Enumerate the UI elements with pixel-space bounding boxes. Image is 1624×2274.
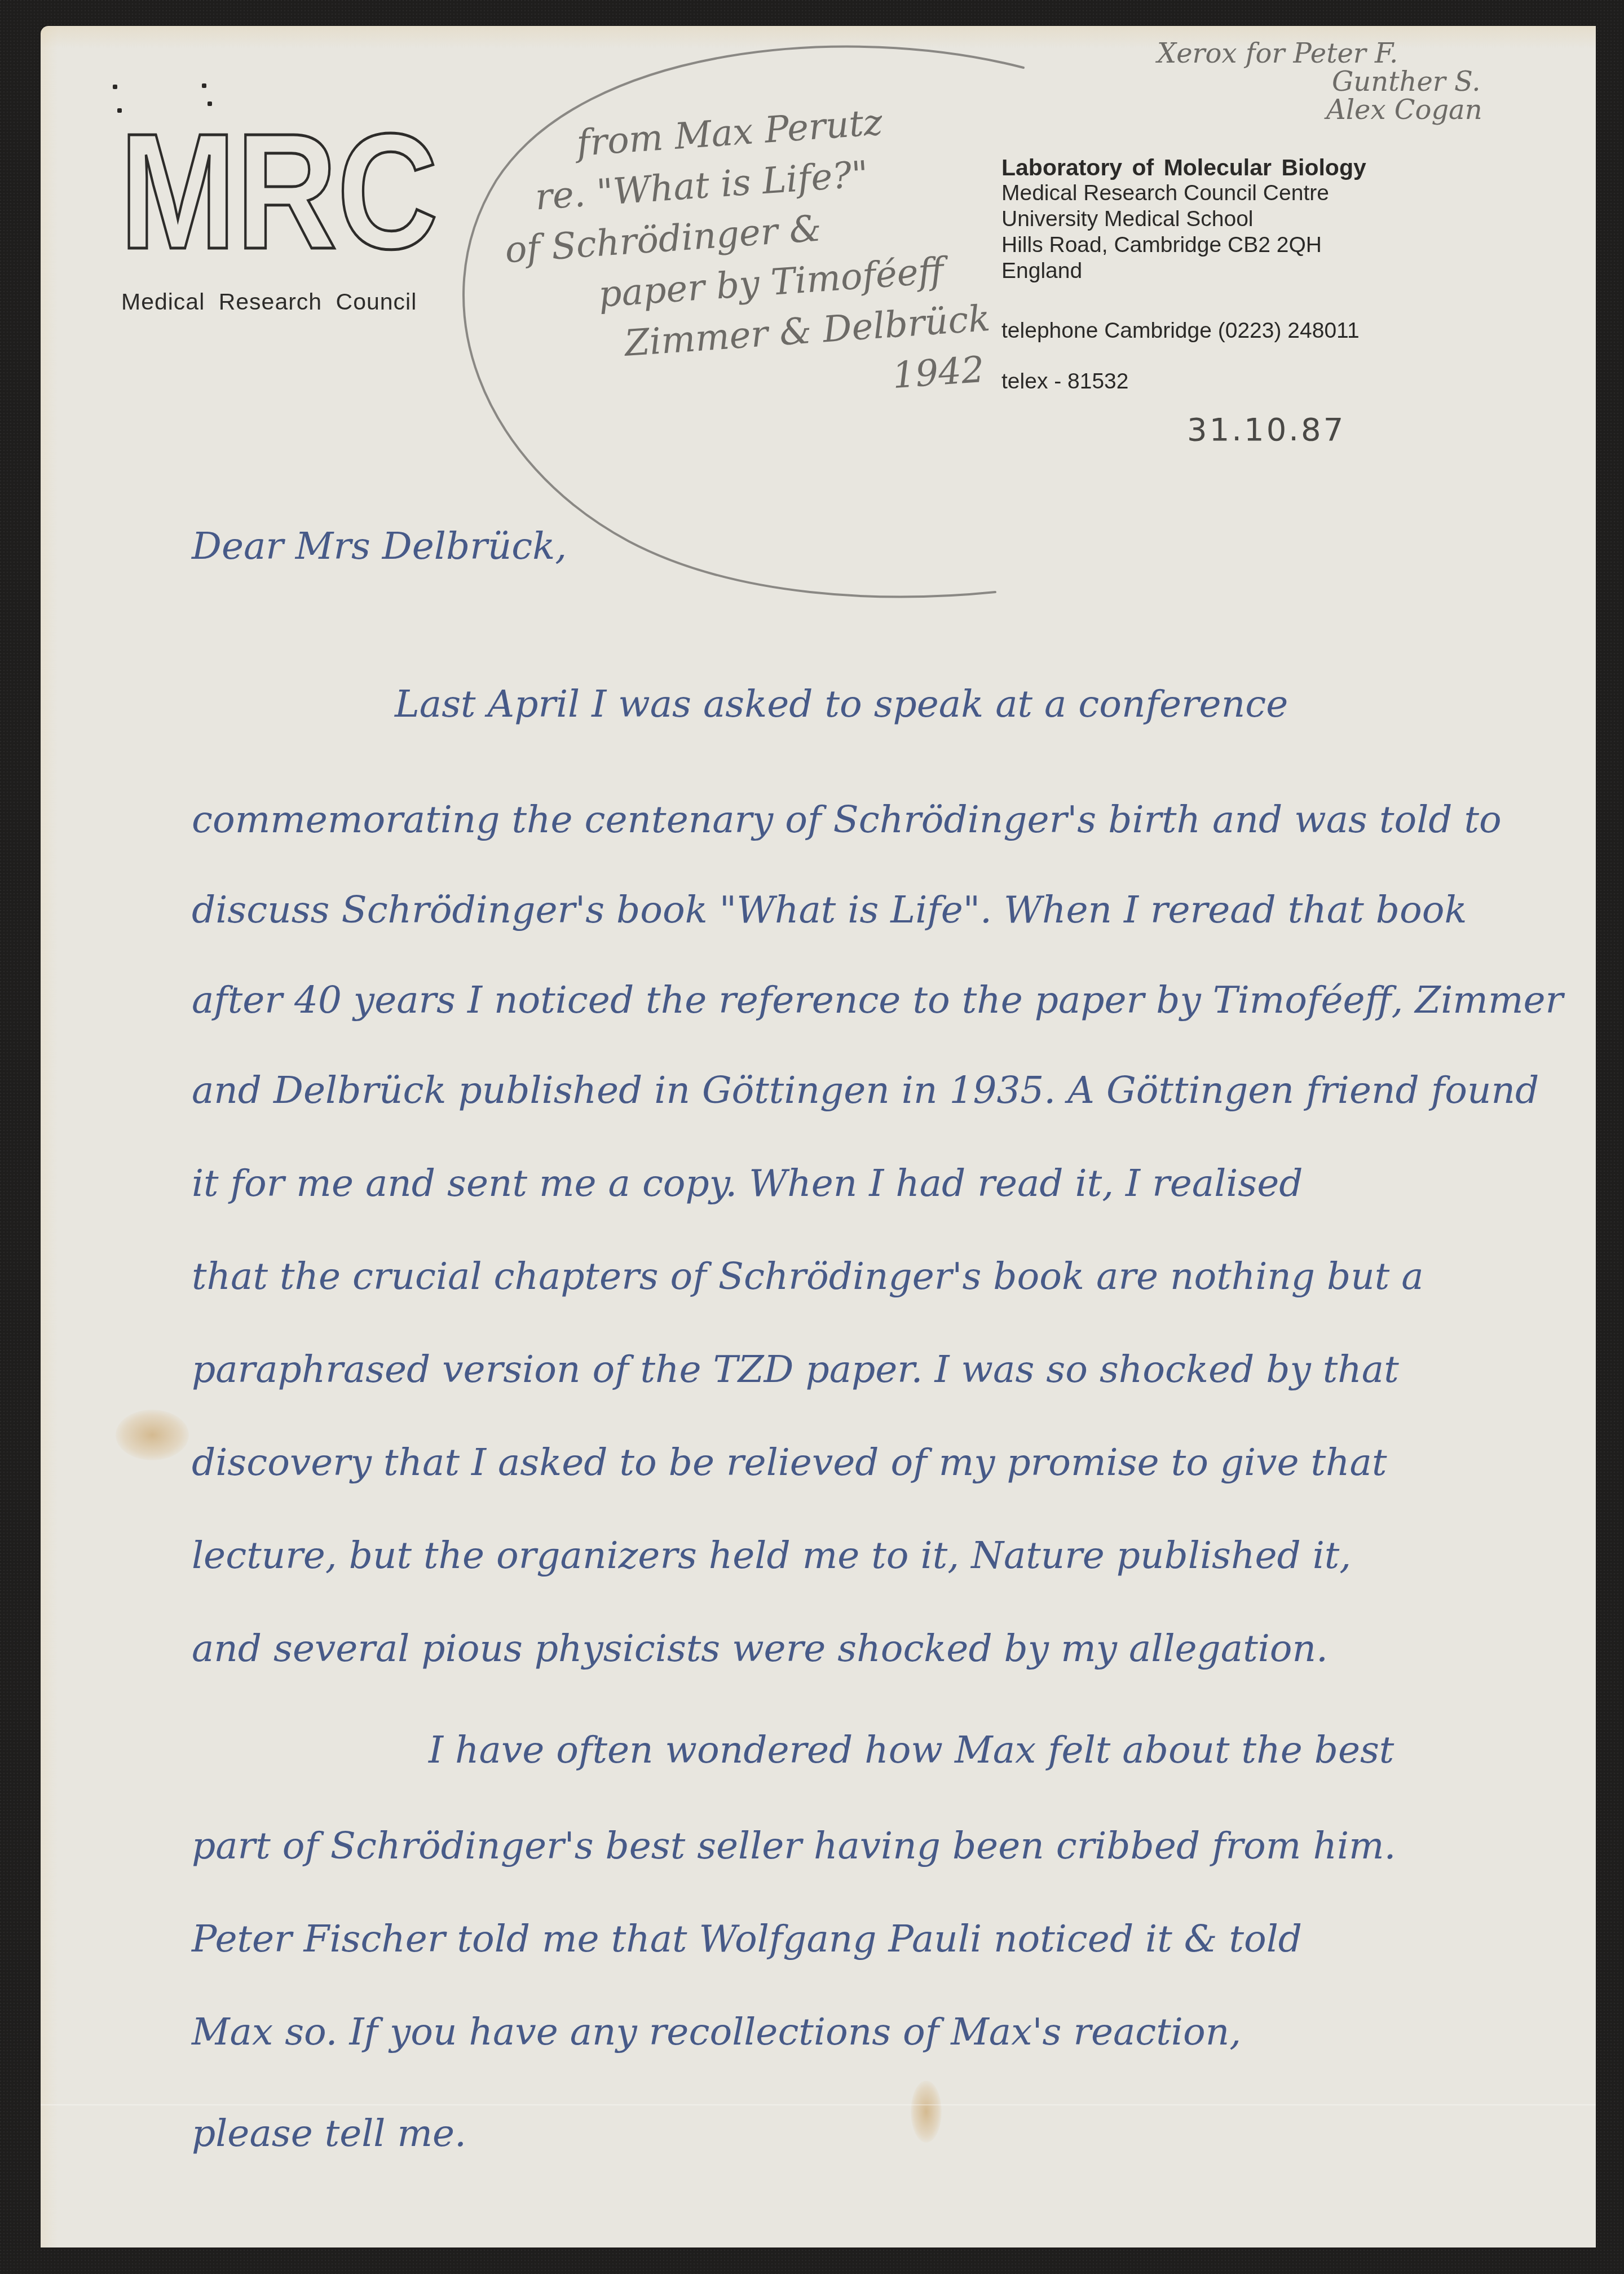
address-line-3: Hills Road, Cambridge CB2 2QH	[1001, 232, 1366, 258]
letter-line: Max so. If you have any recollections of…	[192, 2010, 1241, 2054]
letterhead-address: Laboratory of Molecular Biology Medical …	[1001, 154, 1366, 395]
address-line-2: University Medical School	[1001, 206, 1366, 232]
mrc-logo: MRC	[120, 124, 441, 259]
xerox-note-line-2: Gunther S.	[1157, 68, 1482, 96]
punch-hole-mark	[202, 83, 206, 88]
paper-stain	[911, 2081, 942, 2143]
letter-line: commemorating the centenary of Schröding…	[192, 798, 1502, 841]
circled-pencil-note: from Max Perutz re. "What is Life?" of S…	[496, 91, 995, 428]
letter-line: please tell me.	[192, 2112, 466, 2155]
letter-line: Peter Fischer told me that Wolfgang Paul…	[192, 1917, 1302, 1961]
letter-line: lecture, but the organizers held me to i…	[192, 1534, 1351, 1577]
letter-line: and several pious physicists were shocke…	[192, 1627, 1328, 1670]
paper-stain	[116, 1410, 189, 1460]
punch-hole-mark	[113, 85, 117, 89]
salutation: Dear Mrs Delbrück,	[192, 524, 567, 568]
xerox-distribution-note: Xerox for Peter F. Gunther S. Alex Cogan	[1157, 39, 1482, 124]
svg-text:MRC: MRC	[120, 124, 438, 259]
letter-line: discovery that I asked to be relieved of…	[192, 1441, 1387, 1484]
letter-line: that the crucial chapters of Schrödinger…	[192, 1255, 1424, 1298]
laboratory-name: Laboratory of Molecular Biology	[1001, 154, 1366, 180]
letter-line: part of Schrödinger's best seller having…	[192, 1824, 1396, 1867]
letter-line: paraphrased version of the TZD paper. I …	[192, 1348, 1399, 1391]
letter-line: it for me and sent me a copy. When I had…	[192, 1162, 1303, 1205]
letter-line: Last April I was asked to speak at a con…	[395, 682, 1288, 726]
mrc-organization-name: Medical Research Council	[121, 289, 417, 315]
address-line-1: Medical Research Council Centre	[1001, 180, 1366, 206]
punch-hole-mark	[208, 101, 212, 106]
address-line-4: England	[1001, 258, 1366, 284]
letter-line: and Delbrück published in Göttingen in 1…	[192, 1068, 1539, 1112]
xerox-note-line-1: Xerox for Peter F.	[1157, 38, 1398, 69]
punch-hole-mark	[117, 108, 122, 113]
paper-crease	[41, 2104, 1596, 2105]
letter-date: 31.10.87	[1187, 412, 1345, 448]
letter-line: I have often wondered how Max felt about…	[429, 1728, 1394, 1772]
letter-line: discuss Schrödinger's book "What is Life…	[192, 888, 1467, 931]
xerox-note-line-3: Alex Cogan	[1157, 96, 1482, 124]
telephone-number: telephone Cambridge (0223) 248011	[1001, 318, 1366, 344]
letter-line: after 40 years I noticed the reference t…	[192, 978, 1563, 1022]
telex-number: telex - 81532	[1001, 369, 1366, 395]
